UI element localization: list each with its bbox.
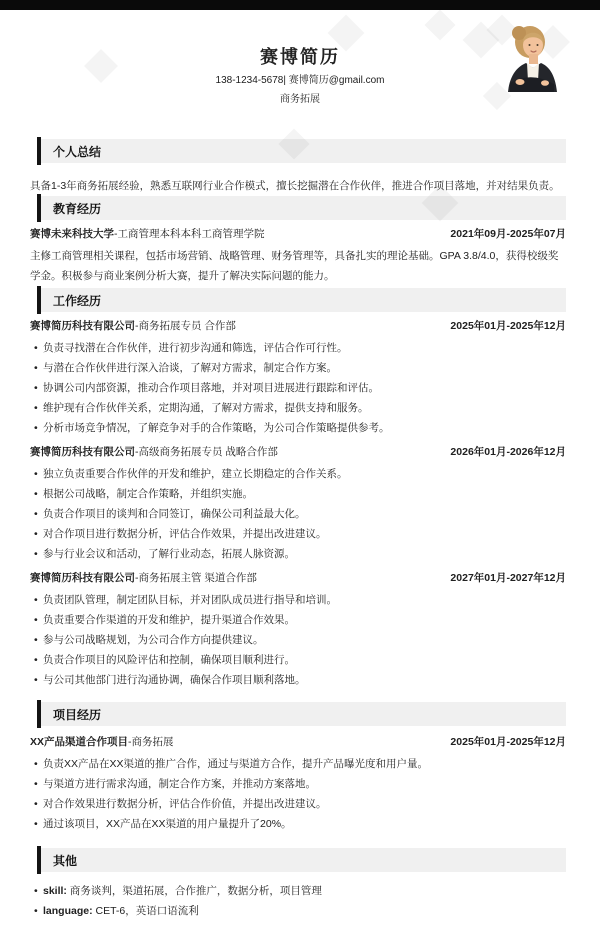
work-date-range: 2025年01月-2025年12月 xyxy=(450,320,566,333)
position-detail: -商务拓展主管 渠道合作部 xyxy=(135,572,257,584)
education-description: 主修工商管理相关课程，包括市场营销、战略管理、财务管理等，具备扎实的理论基础。G… xyxy=(30,246,566,286)
bullet-item: 负责合作项目的风险评估和控制，确保项目顺利进行。 xyxy=(30,650,566,670)
skill-label: skill: xyxy=(43,885,67,897)
language-item: language: CET-6，英语口语流利 xyxy=(30,901,566,921)
work-bullet-list: 负责团队管理，制定团队目标，并对团队成员进行指导和培训。 负责重要合作渠道的开发… xyxy=(30,590,566,690)
other-list: skill: 商务谈判，渠道拓展，合作推广，数据分析，项目管理 language… xyxy=(30,881,566,921)
portrait-photo xyxy=(500,21,563,92)
target-role: 商务拓展 xyxy=(0,94,600,106)
work-entry-header: 赛博简历科技有限公司-商务拓展专员 合作部 2025年01月-2025年12月 xyxy=(30,320,566,333)
bullet-item: 负责合作项目的谈判和合同签订，确保公司利益最大化。 xyxy=(30,504,566,524)
bullet-item: 与潜在合作伙伴进行深入洽谈，了解对方需求，制定合作方案。 xyxy=(30,358,566,378)
skill-item: skill: 商务谈判，渠道拓展，合作推广，数据分析，项目管理 xyxy=(30,881,566,901)
bullet-item: 独立负责重要合作伙伴的开发和维护，建立长期稳定的合作关系。 xyxy=(30,464,566,484)
project-date-range: 2025年01月-2025年12月 xyxy=(450,736,566,749)
section-title: 其他 xyxy=(53,852,77,869)
resume-header: 赛博简历 138-1234-5678| 赛博简历@gmail.com 商务拓展 xyxy=(0,10,600,115)
position-detail: -高级商务拓展专员 战略合作部 xyxy=(135,446,278,458)
section-title: 教育经历 xyxy=(53,200,101,217)
section-title: 个人总结 xyxy=(53,143,101,160)
company-name-bold: 赛博简历科技有限公司 xyxy=(30,320,135,332)
bullet-item: 负责XX产品在XX渠道的推广合作，通过与渠道方合作，提升产品曝光度和用户量。 xyxy=(30,754,566,774)
section-header-summary: 个人总结 xyxy=(37,139,566,163)
education-date-range: 2021年09月-2025年07月 xyxy=(450,228,566,241)
language-label: language: xyxy=(43,905,93,917)
education-entry-header: 赛博未来科技大学-工商管理本科本科工商管理学院 2021年09月-2025年07… xyxy=(30,228,566,241)
bullet-item: 分析市场竞争情况，了解竞争对手的合作策略，为公司合作策略提供参考。 xyxy=(30,418,566,438)
school-name: 赛博未来科技大学-工商管理本科本科工商管理学院 xyxy=(30,228,265,241)
bullet-item: 参与公司战略规划，为公司合作方向提供建议。 xyxy=(30,630,566,650)
bullet-item: 通过该项目，XX产品在XX渠道的用户量提升了20%。 xyxy=(30,814,566,834)
section-title: 工作经历 xyxy=(53,292,101,309)
company-name: 赛博简历科技有限公司-高级商务拓展专员 战略合作部 xyxy=(30,446,278,459)
bullet-item: 对合作效果进行数据分析，评估合作价值，并提出改进建议。 xyxy=(30,794,566,814)
bullet-item: 根据公司战略，制定合作策略，并组织实施。 xyxy=(30,484,566,504)
position-detail: -商务拓展专员 合作部 xyxy=(135,320,236,332)
bullet-item: 对合作项目进行数据分析，评估合作效果，并提出改进建议。 xyxy=(30,524,566,544)
work-date-range: 2026年01月-2026年12月 xyxy=(450,446,566,459)
work-bullet-list: 独立负责重要合作伙伴的开发和维护，建立长期稳定的合作关系。 根据公司战略，制定合… xyxy=(30,464,566,564)
bullet-item: 负责团队管理，制定团队目标，并对团队成员进行指导和培训。 xyxy=(30,590,566,610)
bullet-item: 与渠道方进行需求沟通，制定合作方案，并推动方案落地。 xyxy=(30,774,566,794)
bullet-item: 协调公司内部资源，推动合作项目落地，并对项目进展进行跟踪和评估。 xyxy=(30,378,566,398)
company-name-bold: 赛博简历科技有限公司 xyxy=(30,446,135,458)
section-header-education: 教育经历 xyxy=(37,196,566,220)
language-text: CET-6，英语口语流利 xyxy=(93,905,199,917)
section-title: 项目经历 xyxy=(53,706,101,723)
work-bullet-list: 负责寻找潜在合作伙伴，进行初步沟通和筛选，评估合作可行性。 与潜在合作伙伴进行深… xyxy=(30,338,566,438)
company-name: 赛博简历科技有限公司-商务拓展专员 合作部 xyxy=(30,320,236,333)
section-header-other: 其他 xyxy=(37,848,566,872)
bullet-item: 与公司其他部门进行沟通协调，确保合作项目顺利落地。 xyxy=(30,670,566,690)
skill-text: 商务谈判，渠道拓展，合作推广，数据分析，项目管理 xyxy=(67,885,322,897)
project-bullet-list: 负责XX产品在XX渠道的推广合作，通过与渠道方合作，提升产品曝光度和用户量。 与… xyxy=(30,754,566,834)
bullet-item: 负责重要合作渠道的开发和维护，提升渠道合作效果。 xyxy=(30,610,566,630)
education-detail: -工商管理本科本科工商管理学院 xyxy=(114,228,265,240)
project-role-detail: -商务拓展 xyxy=(128,736,174,748)
bullet-item: 维护现有合作伙伴关系，定期沟通，了解对方需求，提供支持和服务。 xyxy=(30,398,566,418)
project-name: XX产品渠道合作项目-商务拓展 xyxy=(30,736,174,749)
section-header-work: 工作经历 xyxy=(37,288,566,312)
project-name-bold: XX产品渠道合作项目 xyxy=(30,736,128,748)
work-date-range: 2027年01月-2027年12月 xyxy=(450,572,566,585)
top-accent-bar xyxy=(0,0,600,10)
project-entry-header: XX产品渠道合作项目-商务拓展 2025年01月-2025年12月 xyxy=(30,736,566,749)
work-entry-header: 赛博简历科技有限公司-商务拓展主管 渠道合作部 2027年01月-2027年12… xyxy=(30,572,566,585)
resume-body: 个人总结 具备1-3年商务拓展经验，熟悉互联网行业合作模式，擅长挖掘潜在合作伙伴… xyxy=(0,139,600,921)
work-entry-header: 赛博简历科技有限公司-高级商务拓展专员 战略合作部 2026年01月-2026年… xyxy=(30,446,566,459)
company-name-bold: 赛博简历科技有限公司 xyxy=(30,572,135,584)
summary-text: 具备1-3年商务拓展经验，熟悉互联网行业合作模式，擅长挖掘潜在合作伙伴，推进合作… xyxy=(30,176,566,196)
school-name-bold: 赛博未来科技大学 xyxy=(30,228,114,240)
bullet-item: 参与行业会议和活动，了解行业动态，拓展人脉资源。 xyxy=(30,544,566,564)
section-header-projects: 项目经历 xyxy=(37,702,566,726)
company-name: 赛博简历科技有限公司-商务拓展主管 渠道合作部 xyxy=(30,572,257,585)
bullet-item: 负责寻找潜在合作伙伴，进行初步沟通和筛选，评估合作可行性。 xyxy=(30,338,566,358)
